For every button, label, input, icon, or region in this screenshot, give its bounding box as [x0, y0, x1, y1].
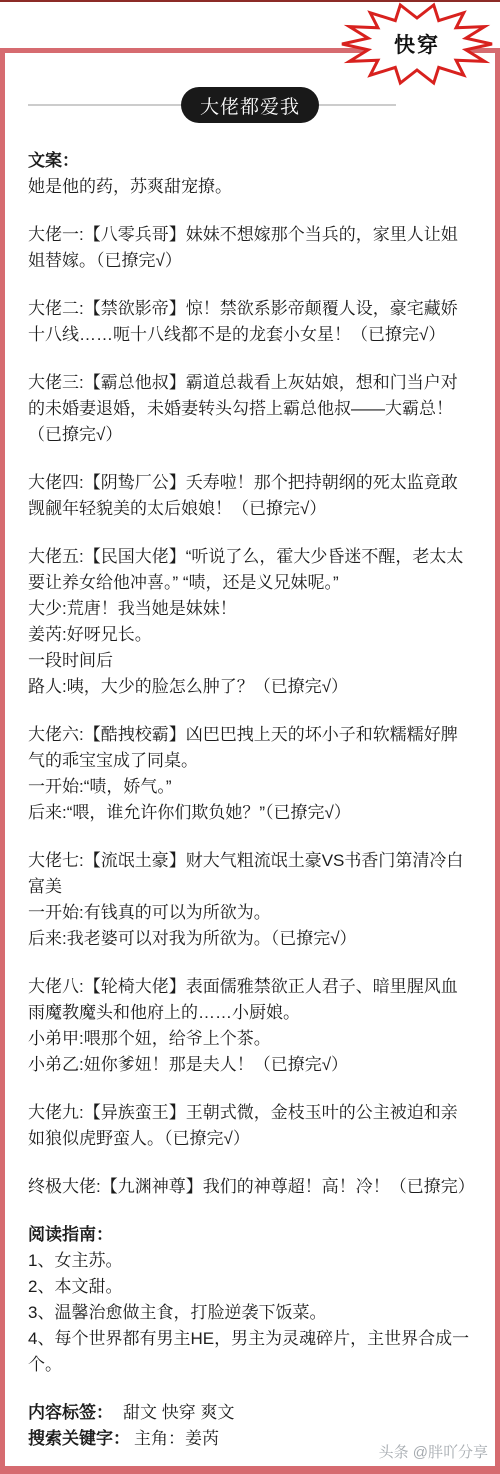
- story-line: 大佬七:【流氓土豪】财大气粗流氓土豪VS书香门第清冷白富美: [28, 848, 472, 900]
- search-keywords-value: 主角：姜芮: [134, 1429, 219, 1448]
- story-section: 大佬七:【流氓土豪】财大气粗流氓土豪VS书香门第清冷白富美 一开始:有钱真的可以…: [28, 848, 472, 952]
- reading-guide-block: 阅读指南： 1、女主苏。 2、本文甜。 3、温馨治愈做主食，打脸逆袭下饭菜。 4…: [28, 1222, 472, 1378]
- story-section: 大佬九:【异族蛮王】王朝式微，金枝玉叶的公主被迫和亲如狼似虎野蛮人。（已撩完√）: [28, 1100, 472, 1152]
- story-line: 后来:“喂，谁允许你们欺负她？”（已撩完√）: [28, 800, 472, 826]
- story-line: 小弟甲:喂那个妞，给爷上个茶。: [28, 1026, 472, 1052]
- story-section: 大佬三:【霸总他叔】霸道总裁看上灰姑娘，想和门当户对的未婚妻退婚，未婚妻转头勾搭…: [28, 370, 472, 448]
- synopsis-block: 文案： 她是他的药，苏爽甜宠撩。: [28, 148, 472, 200]
- story-section: 大佬四:【阴鸷厂公】夭寿啦！那个把持朝纲的死太监竟敢觊觎年轻貌美的太后娘娘！（已…: [28, 470, 472, 522]
- story-section: 大佬一:【八零兵哥】妹妹不想嫁那个当兵的，家里人让姐姐替嫁。（已撩完√）: [28, 222, 472, 274]
- tags-value: 甜文 快穿 爽文: [123, 1403, 234, 1422]
- story-line: 大少:荒唐！我当她是妹妹！: [28, 596, 472, 622]
- story-line: 大佬三:【霸总他叔】霸道总裁看上灰姑娘，想和门当户对的未婚妻退婚，未婚妻转头勾搭…: [28, 370, 472, 448]
- story-line: 大佬八:【轮椅大佬】表面儒雅禁欲正人君子、暗里腥风血雨魔教魔头和他府上的……小厨…: [28, 974, 472, 1026]
- story-line: 大佬四:【阴鸷厂公】夭寿啦！那个把持朝纲的死太监竟敢觊觎年轻貌美的太后娘娘！（已…: [28, 470, 472, 522]
- story-line: 一开始:“啧，娇气。”: [28, 774, 472, 800]
- story-line: 大佬二:【禁欲影帝】惊！禁欲系影帝颠覆人设，豪宅藏娇十八线……呃十八线都不是的龙…: [28, 296, 472, 348]
- synopsis-text: 她是他的药，苏爽甜宠撩。: [28, 174, 472, 200]
- page-title: 大佬都爱我: [200, 92, 300, 119]
- story-section: 终极大佬:【九渊神尊】我们的神尊超！高！冷！（已撩完）: [28, 1174, 472, 1200]
- synopsis-label: 文案：: [28, 151, 79, 170]
- story-section: 大佬六:【酷拽校霸】凶巴巴拽上天的坏小子和软糯糯好脾气的乖宝宝成了同桌。 一开始…: [28, 722, 472, 826]
- story-section: 大佬二:【禁欲影帝】惊！禁欲系影帝颠覆人设，豪宅藏娇十八线……呃十八线都不是的龙…: [28, 296, 472, 348]
- story-line: 大佬五:【民国大佬】“听说了么，霍大少昏迷不醒，老太太要让养女给他冲喜。” “啧…: [28, 544, 472, 596]
- story-line: 小弟乙:妞你爹妞！那是夫人！（已撩完√）: [28, 1052, 472, 1078]
- watermark: 头条 @胖吖分享: [379, 1441, 488, 1462]
- badge-label: 快穿: [334, 0, 500, 88]
- story-section: 大佬五:【民国大佬】“听说了么，霍大少昏迷不醒，老太太要让养女给他冲喜。” “啧…: [28, 544, 472, 700]
- tags-line: 内容标签：甜文 快穿 爽文: [28, 1400, 472, 1426]
- guide-item: 3、温馨治愈做主食，打脸逆袭下饭菜。: [28, 1300, 472, 1326]
- story-line: 大佬九:【异族蛮王】王朝式微，金枝玉叶的公主被迫和亲如狼似虎野蛮人。（已撩完√）: [28, 1100, 472, 1152]
- story-line: 终极大佬:【九渊神尊】我们的神尊超！高！冷！（已撩完）: [28, 1174, 472, 1200]
- story-line: 后来:我老婆可以对我为所欲为。（已撩完√）: [28, 926, 472, 952]
- story-line: 一开始:有钱真的可以为所欲为。: [28, 900, 472, 926]
- guide-item: 2、本文甜。: [28, 1274, 472, 1300]
- story-line: 大佬六:【酷拽校霸】凶巴巴拽上天的坏小子和软糯糯好脾气的乖宝宝成了同桌。: [28, 722, 472, 774]
- guide-item: 4、每个世界都有男主HE，男主为灵魂碎片，主世界合成一个。: [28, 1326, 472, 1378]
- title-banner: 大佬都爱我: [181, 87, 319, 123]
- story-line: 姜芮:好呀兄长。: [28, 622, 472, 648]
- story-line: 一段时间后: [28, 648, 472, 674]
- main-content: 文案： 她是他的药，苏爽甜宠撩。 大佬一:【八零兵哥】妹妹不想嫁那个当兵的，家里…: [28, 148, 472, 1452]
- reading-guide-label: 阅读指南：: [28, 1225, 113, 1244]
- tags-label: 内容标签：: [28, 1403, 113, 1422]
- search-keywords-label: 搜索关键字：: [28, 1429, 130, 1448]
- story-line: 大佬一:【八零兵哥】妹妹不想嫁那个当兵的，家里人让姐姐替嫁。（已撩完√）: [28, 222, 472, 274]
- story-section: 大佬八:【轮椅大佬】表面儒雅禁欲正人君子、暗里腥风血雨魔教魔头和他府上的……小厨…: [28, 974, 472, 1078]
- starburst-badge: 快穿: [334, 0, 500, 88]
- guide-item: 1、女主苏。: [28, 1248, 472, 1274]
- story-line: 路人:咦，大少的脸怎么肿了？（已撩完√）: [28, 674, 472, 700]
